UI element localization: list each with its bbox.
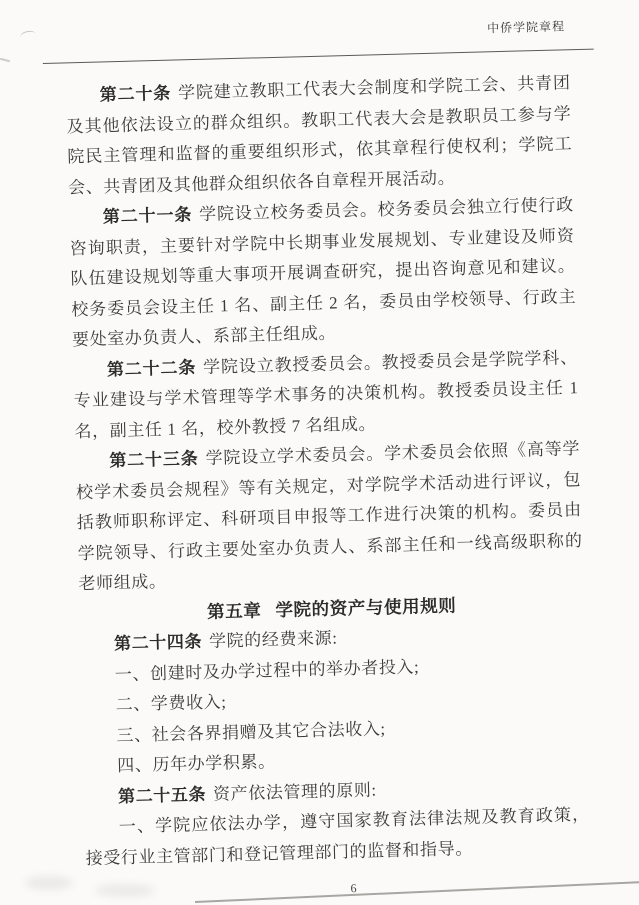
article-24-label: 第二十四条 <box>114 632 202 653</box>
scan-artifact-dash <box>0 58 10 63</box>
article-24-text: 学院的经费来源: <box>209 628 338 650</box>
article-23-label: 第二十三条 <box>109 449 199 470</box>
article-23-paragraph: 第二十三条学院设立学术委员会。学术委员会依照《高等学校学术委员会规程》等有关规定… <box>75 434 584 600</box>
article-21-paragraph: 第二十一条学院设立校务委员会。校务委员会独立行使行政咨询职责，主要针对学院中长期… <box>69 190 578 356</box>
page-header: 中侨学院章程 <box>42 17 593 47</box>
management-item-1: 一、学院应依法办学，遵守国家教育法律法规及教育政策，接受行业主管部门和登记管理部… <box>85 800 591 874</box>
article-25-text: 资产依法管理的原则: <box>213 780 377 803</box>
running-title: 中侨学院章程 <box>487 19 565 35</box>
chapter-title: 学院的资产与使用规则 <box>275 595 456 620</box>
scan-smudge <box>25 876 73 890</box>
article-22-paragraph: 第二十二条学院设立教授委员会。教授委员会是学院学科、专业建设与学术管理等学术事务… <box>73 343 580 448</box>
article-22-label: 第二十二条 <box>107 358 197 379</box>
article-20-label: 第二十条 <box>99 84 171 105</box>
article-20-paragraph: 第二十条学院建立教职工代表大会制度和学院工会、共青团及其他依法设立的群众组织。教… <box>65 68 573 203</box>
article-25-label: 第二十五条 <box>118 784 206 805</box>
scan-smudge <box>95 884 155 897</box>
header-rule <box>43 49 594 64</box>
article-21-label: 第二十一条 <box>103 205 193 226</box>
scan-artifact-mark <box>19 29 37 42</box>
document-body: 第二十条学院建立教职工代表大会制度和学院工会、共青团及其他依法设立的群众组织。教… <box>65 68 592 905</box>
chapter-number: 第五章 <box>207 600 262 621</box>
page-content: 中侨学院章程 第二十条学院建立教职工代表大会制度和学院工会、共青团及其他依法设立… <box>42 16 616 905</box>
document-page: 中侨学院章程 第二十条学院建立教职工代表大会制度和学院工会、共青团及其他依法设立… <box>0 0 639 905</box>
